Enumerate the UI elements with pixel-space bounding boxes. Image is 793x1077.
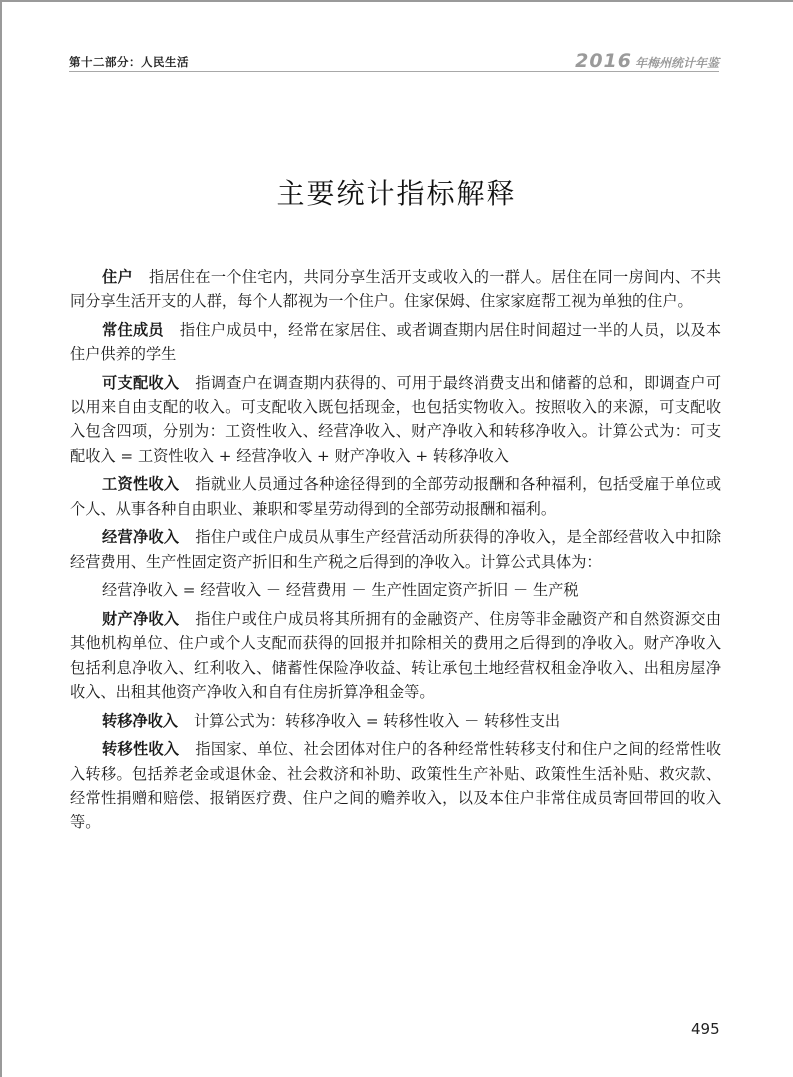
- definition-resident-member: 常住成员指住户成员中，经常在家居住、或者调查期内居住时间超过一半的人员，以及本住…: [70, 318, 721, 366]
- page-border-left: [0, 0, 2, 1077]
- section-label: 第十二部分：人民生活: [69, 54, 189, 70]
- formula-business-net-income: 经营净收入 = 经营收入 － 经营费用 － 生产性固定资产折旧 － 生产税: [70, 578, 721, 602]
- yearbook-title: 年梅州统计年鉴: [635, 56, 719, 70]
- running-header: 第十二部分：人民生活 2016年梅州统计年鉴: [69, 52, 719, 72]
- definition-business-net-income: 经营净收入指住户或住户成员从事生产经营活动所获得的净收入，是全部经营收入中扣除经…: [70, 525, 721, 573]
- page-title: 主要统计指标解释: [0, 172, 793, 212]
- term-label: 住户: [102, 268, 133, 286]
- term-label: 常住成员: [102, 321, 164, 339]
- definition-text: 指住户成员中，经常在家居住、或者调查期内居住时间超过一半的人员，以及本住户供养的…: [70, 321, 721, 363]
- header-divider: [69, 71, 719, 72]
- definition-transfer-income: 转移性收入指国家、单位、社会团体对住户的各种经常性转移支付和住户之间的经常性收入…: [70, 737, 721, 834]
- term-label: 工资性收入: [102, 475, 179, 493]
- term-label: 可支配收入: [102, 374, 179, 392]
- definition-text: 计算公式为：转移净收入 = 转移性收入 － 转移性支出: [194, 712, 560, 730]
- term-label: 财产净收入: [102, 610, 179, 628]
- definition-transfer-net-income: 转移净收入计算公式为：转移净收入 = 转移性收入 － 转移性支出: [70, 709, 721, 733]
- yearbook-label: 2016年梅州统计年鉴: [575, 50, 719, 72]
- definition-property-net-income: 财产净收入指住户或住户成员将其所拥有的金融资产、住房等非金融资产和自然资源交由其…: [70, 607, 721, 704]
- term-label: 转移净收入: [102, 712, 178, 730]
- definition-text: 指居住在一个住宅内，共同分享生活开支或收入的一群人。居住在同一房间内、不共同分享…: [70, 268, 721, 310]
- definition-wage-income: 工资性收入指就业人员通过各种途径得到的全部劳动报酬和各种福利，包括受雇于单位或个…: [70, 472, 721, 520]
- page-number: 495: [691, 1020, 720, 1038]
- yearbook-year: 2016: [575, 50, 632, 72]
- page-border-top: [0, 0, 793, 2]
- definition-disposable-income: 可支配收入指调查户在调查期内获得的、可用于最终消费支出和储蓄的总和，即调查户可以…: [70, 371, 721, 468]
- definition-household: 住户指居住在一个住宅内，共同分享生活开支或收入的一群人。居住在同一房间内、不共同…: [70, 265, 721, 313]
- term-label: 转移性收入: [102, 740, 179, 758]
- term-label: 经营净收入: [102, 528, 179, 546]
- definitions-body: 住户指居住在一个住宅内，共同分享生活开支或收入的一群人。居住在同一房间内、不共同…: [70, 265, 721, 839]
